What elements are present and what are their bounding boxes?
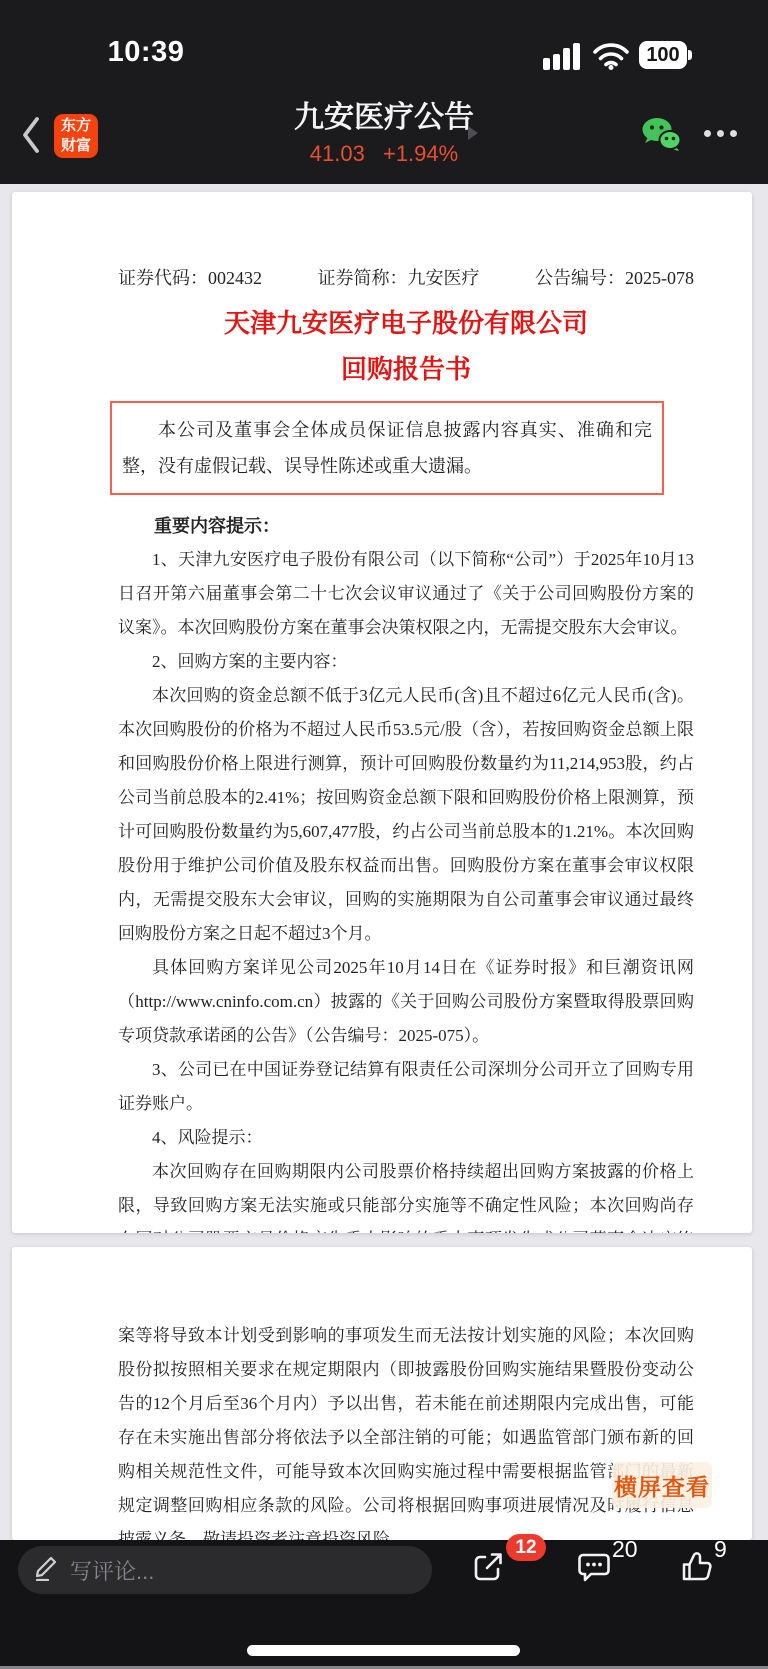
paragraph: 案等将导致本计划受到影响的事项发生而无法按计划实施的风险；本次回购股份拟按照相关… (118, 1319, 694, 1540)
document-viewport[interactable]: 证券代码：002432 证券简称：九安医疗 公告编号：2025-078 天津九安… (0, 184, 768, 1540)
paragraph: 3、公司已在中国证券登记结算有限责任公司深圳分公司开立了回购专用证券账户。 (118, 1053, 694, 1121)
like-button[interactable] (679, 1550, 713, 1589)
status-time: 10:39 (98, 36, 194, 69)
security-name: 证券简称：九安医疗 (318, 266, 480, 290)
paragraph: 本次回购的资金总额不低于3亿元人民币(含)且不超过6亿元人民币(含)。本次回购股… (118, 679, 694, 951)
announcement-number: 公告编号：2025-078 (535, 266, 694, 290)
stock-change: +1.94% (383, 141, 458, 166)
more-options-button[interactable] (704, 130, 742, 140)
wifi-icon (592, 42, 630, 75)
top-bar: 10:39 100 东方 财富 九安医疗公告 41.03 (0, 0, 768, 184)
paragraph: 4、风险提示： (118, 1121, 694, 1155)
stock-price: 41.03 (310, 141, 365, 166)
document-header-row: 证券代码：002432 证券简称：九安医疗 公告编号：2025-078 (118, 266, 694, 290)
document-page-1: 证券代码：002432 证券简称：九安医疗 公告编号：2025-078 天津九安… (12, 192, 752, 1233)
company-title: 天津九安医疗电子股份有限公司 (118, 306, 694, 342)
paragraph: 本次回购存在回购期限内公司股票价格持续超出回购方案披露的价格上限，导致回购方案无… (118, 1155, 694, 1233)
paragraph: 1、天津九安医疗电子股份有限公司（以下简称“公司”）于2025年10月13日召开… (118, 543, 694, 645)
paragraph: 2、回购方案的主要内容： (118, 645, 694, 679)
comment-input[interactable]: 写评论... (18, 1546, 432, 1594)
screen: 10:39 100 东方 财富 九安医疗公告 41.03 (0, 0, 768, 1669)
comment-placeholder: 写评论... (70, 1555, 154, 1586)
comment-count: 20 (612, 1536, 638, 1563)
battery-level: 100 (646, 44, 679, 67)
home-indicator[interactable] (247, 1645, 520, 1656)
wechat-share-button[interactable] (641, 117, 682, 153)
report-title: 回购报告书 (118, 352, 694, 388)
landscape-view-button[interactable]: 横屏查看 (612, 1462, 712, 1508)
title-chevron-right-icon[interactable] (468, 126, 478, 140)
paragraph: 具体回购方案详见公司2025年10月14日在《证券时报》和巨潮资讯网（http:… (118, 951, 694, 1053)
bottom-toolbar: 写评论... 12 20 9 (0, 1540, 768, 1669)
share-badge: 12 (506, 1534, 546, 1561)
cellular-signal-icon (543, 43, 583, 70)
like-count: 9 (714, 1536, 727, 1563)
battery-icon: 100 (639, 41, 687, 69)
comments-button[interactable] (576, 1551, 612, 1589)
pencil-icon (34, 1555, 58, 1586)
declaration-box: 本公司及董事会全体成员保证信息披露内容真实、准确和完整，没有虚假记载、误导性陈述… (110, 401, 664, 495)
section-heading: 重要内容提示： (118, 509, 694, 543)
share-button[interactable] (471, 1550, 505, 1589)
security-code: 证券代码：002432 (118, 266, 262, 290)
